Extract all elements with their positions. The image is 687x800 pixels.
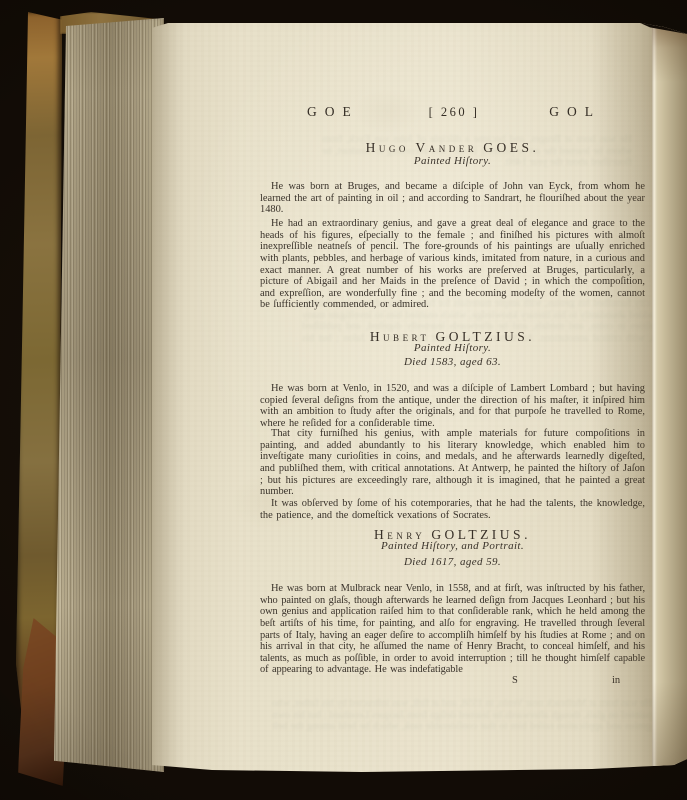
- signature-row: S in: [260, 675, 645, 689]
- running-header: GOE [ 260 ] GOL: [260, 104, 645, 120]
- paragraph: He was born at Venlo, in 1520, and was a…: [260, 383, 645, 429]
- entry-subtitle: Painted Hiſtory, and Portrait.: [260, 540, 645, 552]
- entry-death-line: Died 1583, aged 63.: [260, 356, 645, 368]
- entry-death-line: Died 1617, aged 59.: [260, 556, 645, 568]
- header-right-keyword: GOL: [549, 104, 601, 120]
- entry-subtitle: Painted Hiſtory.: [260, 342, 645, 354]
- paragraph: He had an extraordinary genius, and gave…: [260, 218, 645, 310]
- entry-subtitle: Painted Hiſtory.: [260, 155, 645, 167]
- entry-given-name: Hugo Vander: [366, 140, 478, 155]
- fore-edge-page-stack: [52, 18, 164, 772]
- paragraph: He was born at Bruges, and became a diſc…: [260, 181, 645, 216]
- scanned-book-photo: That city furniſhed his genius, with amp…: [0, 0, 687, 800]
- header-left-keyword: GOE: [307, 104, 359, 120]
- page-content: GOE [ 260 ] GOL Hugo Vander Goes. Painte…: [152, 22, 687, 772]
- entry-surname: Goes.: [483, 140, 539, 155]
- catchword: in: [612, 675, 620, 686]
- paragraph: That city furniſhed his genius, with amp…: [260, 428, 645, 497]
- book-page: That city furniſhed his genius, with amp…: [152, 22, 687, 772]
- page-number: [ 260 ]: [429, 105, 480, 120]
- signature-mark: S: [512, 675, 518, 686]
- paragraph: He was born at Mulbrack near Venlo, in 1…: [260, 583, 645, 675]
